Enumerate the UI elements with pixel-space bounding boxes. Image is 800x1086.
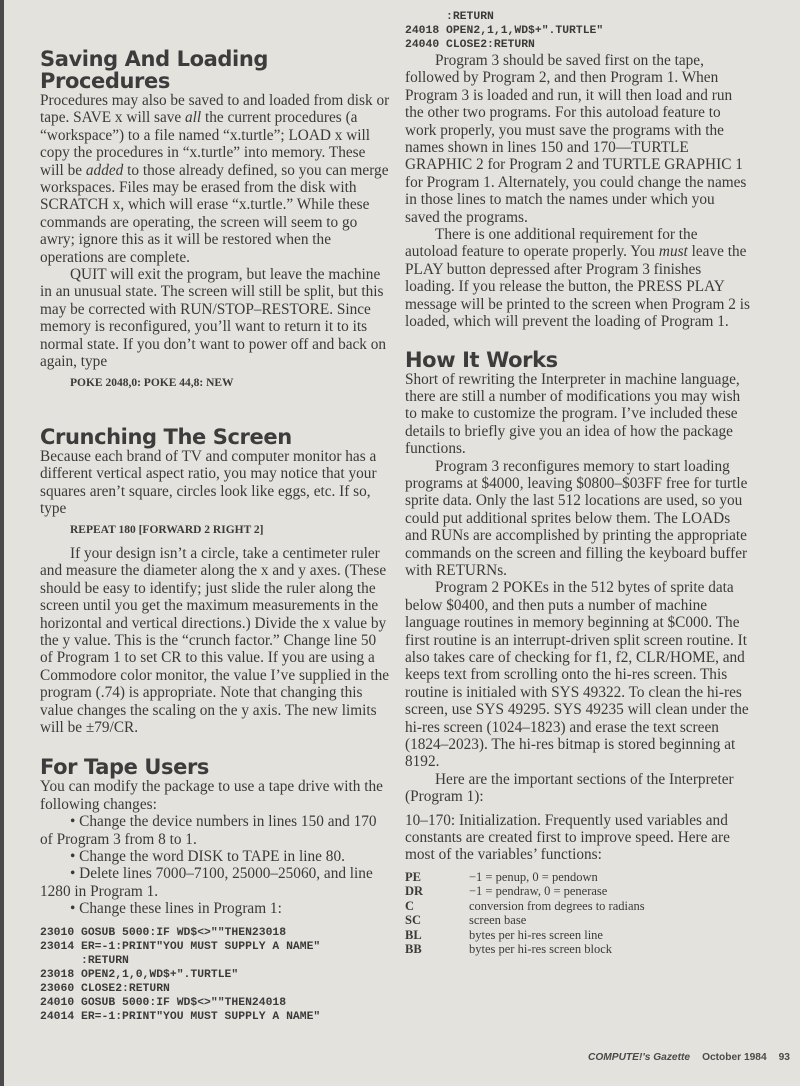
var-name: DR	[405, 884, 469, 899]
bullet-item: • Change the word DISK to TAPE in line 8…	[40, 848, 390, 865]
heading-how-it-works: How It Works	[405, 349, 750, 371]
heading-crunching-screen: Crunching The Screen	[40, 426, 390, 448]
code-repeat: REPEAT 180 [FORWARD 2 RIGHT 2]	[40, 522, 390, 539]
code-poke: POKE 2048,0: POKE 44,8: NEW	[40, 375, 390, 392]
heading-saving-loading: Saving And Loading Procedures	[40, 48, 390, 92]
bullet-item: • Delete lines 7000–7100, 25000–25060, a…	[40, 865, 390, 900]
paragraph-program3-save: Program 3 should be saved first on the t…	[405, 52, 750, 226]
paragraph-how-2: Program 3 reconfigures memory to start l…	[405, 458, 750, 580]
emphasis: all	[185, 109, 201, 126]
paragraph-how-3: Program 2 POKEs in the 512 bytes of spri…	[405, 579, 750, 770]
paragraph-autoload: There is one additional requirement for …	[405, 226, 750, 330]
paragraph-saving-1: Procedures may also be saved to and load…	[40, 92, 390, 266]
emphasis: must	[659, 243, 688, 260]
right-column: :RETURN 24018 OPEN2,1,1,WD$+".TURTLE" 24…	[405, 0, 750, 957]
left-column: Saving And Loading Procedures Procedures…	[40, 0, 390, 1024]
var-desc: conversion from degrees to radians	[469, 899, 750, 914]
paragraph-tape-1: You can modify the package to use a tape…	[40, 778, 390, 813]
var-name: SC	[405, 913, 469, 928]
text: There is one additional requirement for …	[405, 226, 698, 260]
paragraph-crunching-2: If your design isn’t a circle, take a ce…	[40, 545, 390, 736]
page-footer: COMPUTE!'s GazetteOctober 198493	[588, 1052, 790, 1063]
var-name: PE	[405, 870, 469, 885]
var-name: BL	[405, 928, 469, 943]
var-desc: bytes per hi-res screen line	[469, 928, 750, 943]
var-desc: −1 = pendraw, 0 = penerase	[469, 884, 750, 899]
var-desc: screen base	[469, 913, 750, 928]
page-number: 93	[779, 1052, 790, 1063]
var-desc: −1 = penup, 0 = pendown	[469, 870, 750, 885]
paragraph-how-5: 10–170: Initialization. Frequently used …	[405, 812, 750, 864]
paragraph-crunching-1: Because each brand of TV and computer mo…	[40, 448, 390, 518]
paragraph-how-1: Short of rewriting the Interpreter in ma…	[405, 371, 750, 458]
paragraph-quit: QUIT will exit the program, but leave th…	[40, 266, 390, 370]
var-name: C	[405, 899, 469, 914]
magazine-name: COMPUTE!'s Gazette	[588, 1052, 690, 1063]
bullet-item: • Change these lines in Program 1:	[40, 900, 390, 917]
basic-listing-left: 23010 GOSUB 5000:IF WD$<>""THEN23018 230…	[40, 926, 390, 1024]
variables-table: PE −1 = penup, 0 = pendown DR −1 = pendr…	[405, 870, 750, 957]
issue-date: October 1984	[702, 1052, 767, 1063]
bullet-item: • Change the device numbers in lines 150…	[40, 813, 390, 848]
var-name: BB	[405, 942, 469, 957]
page-binding-edge	[0, 0, 4, 1086]
basic-listing-right: :RETURN 24018 OPEN2,1,1,WD$+".TURTLE" 24…	[405, 10, 750, 52]
emphasis: added	[86, 162, 123, 179]
heading-tape-users: For Tape Users	[40, 756, 390, 778]
var-desc: bytes per hi-res screen block	[469, 942, 750, 957]
paragraph-how-4: Here are the important sections of the I…	[405, 771, 750, 806]
